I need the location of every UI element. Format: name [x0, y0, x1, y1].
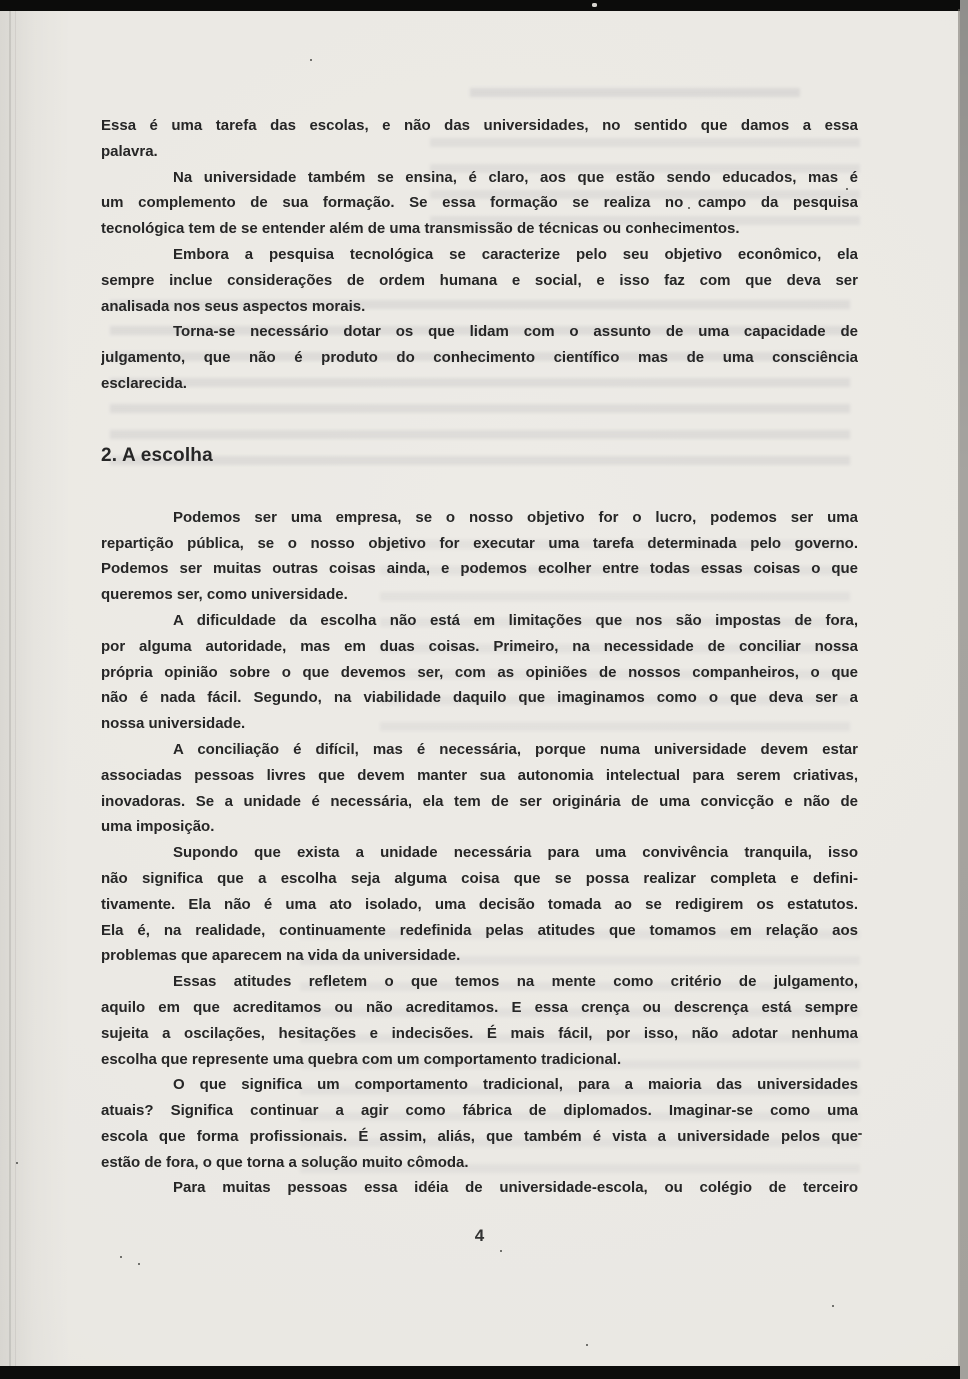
dust-speck [858, 1133, 862, 1135]
dust-speck [310, 59, 312, 61]
text-line: Essa é uma tarefa das escolas, e não das… [101, 113, 858, 139]
dust-speck [586, 1344, 588, 1346]
text-line: não significa que a escolha seja alguma … [101, 866, 858, 892]
scan-edge-bottom [0, 1366, 968, 1379]
page-right-edge [960, 0, 968, 1379]
text-line: analisada nos seus aspectos morais. [101, 294, 858, 320]
text-line: Essas atitudes refletem o que temos na m… [101, 969, 858, 995]
text-line: Para muitas pessoas essa idéia de univer… [101, 1175, 858, 1201]
dust-speck [832, 1305, 834, 1307]
text-line: nossa universidade. [101, 711, 858, 737]
dust-speck [688, 207, 690, 209]
text-line: um complemento de sua formação. Se essa … [101, 190, 858, 216]
scan-edge-top [0, 0, 968, 11]
dust-speck [138, 1263, 140, 1265]
text-line: Embora a pesquisa tecnológica se caracte… [101, 242, 858, 268]
dust-speck [846, 188, 848, 190]
dust-speck [592, 3, 597, 7]
text-line: A dificuldade da escolha não está em lim… [101, 608, 858, 634]
text-column: Essa é uma tarefa das escolas, e não das… [101, 113, 858, 1201]
text-line: Torna-se necessário dotar os que lidam c… [101, 319, 858, 345]
page-edge-line [958, 9, 960, 1366]
text-line: uma imposição. [101, 814, 858, 840]
text-line: Na universidade também se ensina, é clar… [101, 165, 858, 191]
text-line: tecnológica tem de se entender além de u… [101, 216, 858, 242]
text-line: estão de fora, o que torna a solução mui… [101, 1150, 858, 1176]
text-line: sempre inclue considerações de ordem hum… [101, 268, 858, 294]
text-line: escola que forma profissionais. É assim,… [101, 1124, 858, 1150]
text-line: A conciliação é difícil, mas é necessári… [101, 737, 858, 763]
text-line: sujeita a oscilações, hesitações e indec… [101, 1021, 858, 1047]
text-line: própria opinião sobre o que devemos ser,… [101, 660, 858, 686]
page-number: 4 [101, 1226, 858, 1246]
text-line: palavra. [101, 139, 858, 165]
text-line: tivamente. Ela não é uma ato isolado, um… [101, 892, 858, 918]
text-line: Podemos ser uma empresa, se o nosso obje… [101, 505, 858, 531]
text-line: Ela é, na realidade, continuamente redef… [101, 918, 858, 944]
text-line: problemas que aparecem na vida da univer… [101, 943, 858, 969]
text-line: O que significa um comportamento tradici… [101, 1072, 858, 1098]
text-line: julgamento, que não é produto do conheci… [101, 345, 858, 371]
scan-edge-left [0, 0, 7, 255]
binding-crease [9, 0, 11, 1379]
section-heading: 2. A escolha [101, 443, 858, 469]
text-line: repartição pública, se o nosso objetivo … [101, 531, 858, 557]
text-line: queremos ser, como universidade. [101, 582, 858, 608]
text-line: aquilo em que acreditamos ou não acredit… [101, 995, 858, 1021]
text-line: Supondo que exista a unidade necessária … [101, 840, 858, 866]
text-line: Podemos ser muitas outras coisas ainda, … [101, 556, 858, 582]
binding-crease [15, 0, 16, 1379]
text-line: não é nada fácil. Segundo, na viabilidad… [101, 685, 858, 711]
dust-speck [16, 1162, 18, 1164]
text-line: inovadoras. Se a unidade é necessária, e… [101, 789, 858, 815]
text-line: por alguma autoridade, mas em duas coisa… [101, 634, 858, 660]
dust-speck [500, 1250, 502, 1252]
scanned-page: Essa é uma tarefa das escolas, e não das… [0, 0, 968, 1379]
text-line: atuais? Significa continuar a agir como … [101, 1098, 858, 1124]
text-line: associadas pessoas livres que devem mant… [101, 763, 858, 789]
dust-speck [120, 1256, 122, 1258]
text-line: esclarecida. [101, 371, 858, 397]
text-line: escolha que represente uma quebra com um… [101, 1047, 858, 1073]
